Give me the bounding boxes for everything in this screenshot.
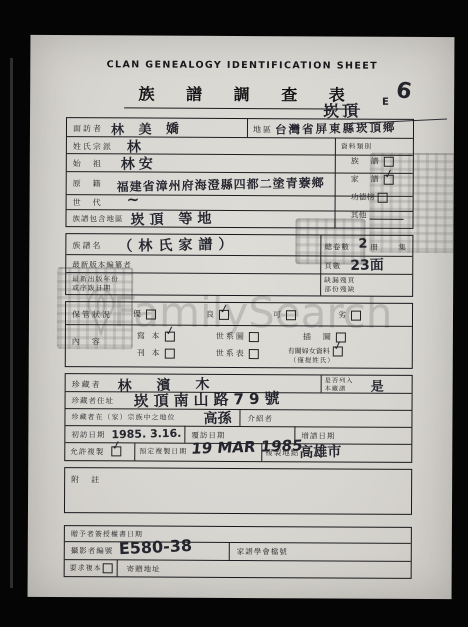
mail-label: 寄贈地址 xyxy=(127,564,161,574)
supplement-label: 增譜日期 xyxy=(301,431,335,441)
listed-label-line2: 本藏譜 xyxy=(325,386,347,393)
option-label: 優 xyxy=(133,308,143,319)
option-label: 刊 本 xyxy=(137,347,162,358)
photographer-label: 攝影者編號 xyxy=(71,546,114,556)
genealogy-title-label: 族譜名 xyxy=(72,240,102,251)
missing-label-line2: 部份殘缺 xyxy=(324,285,355,293)
checkbox xyxy=(384,156,394,166)
option-label: 有關婦女資料 xyxy=(288,346,330,356)
checkmark: ✓ xyxy=(382,165,395,181)
listed-value: 是 xyxy=(370,376,383,395)
origin-value: 福建省漳州府海澄縣四都二塗青藔鄉 xyxy=(117,174,325,195)
content-note: （僅提姓氏） xyxy=(290,356,335,365)
checkmark: ✓ xyxy=(218,301,231,317)
content-option-women-data: 有關婦女資料 ✓ xyxy=(288,346,343,356)
area-label: 地區 xyxy=(253,124,273,135)
origin-label: 原 籍 xyxy=(73,178,103,189)
copy-place-value: 高雄市 xyxy=(299,441,341,462)
volumes-unit2: 集 xyxy=(398,243,407,253)
option-label: 族 譜 xyxy=(351,156,381,167)
option-label: 可 xyxy=(273,309,283,320)
scanned-photo-frame: FamilySearch CLAN GENEALOGY IDENTIFICATI… xyxy=(0,0,468,627)
volumes-label: 總卷數 xyxy=(324,242,350,252)
genealogy-form-paper: FamilySearch CLAN GENEALOGY IDENTIFICATI… xyxy=(28,35,455,599)
position-value: 高孫 xyxy=(203,408,231,429)
content-label: 內 容 xyxy=(72,336,102,347)
storage-option-good: 良 ✓ xyxy=(206,309,229,320)
publish-label-line2: 或序跋日期 xyxy=(72,284,111,292)
category-option-other: 其他 xyxy=(351,210,404,221)
genealogy-title-value: （林氏家譜） xyxy=(118,233,238,256)
volumes-value: 2 xyxy=(358,237,367,252)
checkbox: ✓ xyxy=(219,309,229,319)
content-option-pedigree-table: 世系表 xyxy=(216,348,259,359)
english-title: CLAN GENEALOGY IDENTIFICATION SHEET xyxy=(30,59,454,72)
survey-table: 面訪者 林 美 嬌 地區 台灣省屏東縣崁頂鄉 姓氏宗派 林 始 祖 林安 原 籍… xyxy=(65,117,414,229)
publish-label-line1: 最新出版年份 xyxy=(72,275,119,283)
first-visit-value: 1985. 3.16. xyxy=(111,427,181,441)
introducer-label: 介紹者 xyxy=(247,414,273,424)
address-label: 珍藏者住址 xyxy=(72,396,115,406)
copy-date-label: 預定複製日期 xyxy=(139,447,187,456)
society-label: 家譜學會檔號 xyxy=(237,547,288,557)
condition-table: 保管狀況 優 良 ✓ 可 劣 內 容 寫 本 ✓ xyxy=(65,301,413,369)
chinese-title: 族 譜 調 查 表 xyxy=(30,81,454,106)
blank-line xyxy=(370,211,404,220)
first-ancestor-label: 始 祖 xyxy=(73,158,103,169)
checkbox xyxy=(164,348,174,358)
checkbox xyxy=(249,349,259,359)
photographer-value: E580-38 xyxy=(118,536,192,558)
category-header: 資料類別 xyxy=(341,143,372,152)
listed-label: 是否列入 本藏譜 xyxy=(325,377,354,393)
publish-label: 最新出版年份 或序跋日期 xyxy=(72,275,119,293)
coverage-label: 族譜包含地區 xyxy=(72,214,123,224)
notes-table: 附 註 xyxy=(64,467,412,515)
checkmark: ✓ xyxy=(163,322,176,338)
checkbox: ✓ xyxy=(111,446,121,456)
copy-request-checkbox-group xyxy=(103,563,113,573)
interviewer-label: 面訪者 xyxy=(73,123,103,134)
storage-option-excellent: 優 xyxy=(133,308,156,319)
option-label: 劣 xyxy=(338,310,348,321)
checkbox xyxy=(286,310,296,320)
editor-label: 最新版本編纂者 xyxy=(72,260,132,270)
option-label: 家 譜 xyxy=(351,174,381,185)
checkbox xyxy=(103,563,113,573)
content-option-pedigree-chart: 世系圖 xyxy=(216,331,259,342)
volumes-unit1: 冊 xyxy=(370,243,379,253)
category-option-zupu: 族 譜 xyxy=(351,156,394,167)
option-label: 世系表 xyxy=(216,348,246,359)
option-label: 功德榜 xyxy=(351,192,375,203)
coverage-value: 崁頂 等地 xyxy=(130,208,216,230)
option-label: 良 xyxy=(206,309,216,320)
option-label: 寫 本 xyxy=(137,330,162,341)
generations-label: 世 代 xyxy=(73,197,103,208)
holder-label: 珍藏者 xyxy=(72,379,102,390)
missing-label-line1: 缺漏殘頁 xyxy=(324,276,355,284)
copy-place-label: 複製地點 xyxy=(265,448,299,458)
category-option-jiapu: 家 譜 ✓ xyxy=(351,174,394,185)
content-option-manuscript: 寫 本 ✓ xyxy=(137,330,175,341)
holder-table: 珍藏者 林 濱 木 是否列入 本藏譜 是 珍藏者住址 崁頂南山路79號 珍藏者在… xyxy=(64,373,412,463)
listed-label-line1: 是否列入 xyxy=(325,377,354,384)
checkbox: ✓ xyxy=(333,346,343,356)
pages-value: 23面 xyxy=(350,254,384,275)
footer-table: 贈予者簽授權書日期 攝影者編號 E580-38 家譜學會檔號 要求複本 寄贈地址 xyxy=(64,525,412,579)
lineage-label: 姓氏宗派 xyxy=(73,141,113,152)
checkbox xyxy=(249,332,259,342)
permission-checkbox-group: ✓ xyxy=(111,446,121,456)
genealogy-table: 族譜名 （林氏家譜） 總卷數 2 冊 集 最新版本編纂者 頁數 23面 最新出版… xyxy=(65,233,413,297)
first-ancestor-value: 林安 xyxy=(121,153,157,174)
missing-label: 缺漏殘頁 部份殘缺 xyxy=(324,276,355,294)
checkbox xyxy=(146,309,156,319)
option-label: 插 圖 xyxy=(303,331,333,342)
handwritten-mark-annotation: E xyxy=(382,97,389,108)
storage-option-poor: 劣 xyxy=(338,310,361,321)
book-page-edge xyxy=(10,58,13,588)
checkbox xyxy=(378,192,388,202)
area-value: 台灣省屏東縣崁頂鄉 xyxy=(275,119,397,138)
content-option-printed: 刊 本 xyxy=(137,347,175,358)
category-option-gongdebang: 功德榜 xyxy=(351,192,388,203)
checkbox: ✓ xyxy=(384,174,394,184)
generations-value: ~ xyxy=(126,190,139,208)
option-label: 其他 xyxy=(351,210,367,221)
checkbox xyxy=(351,310,361,320)
checkbox: ✓ xyxy=(164,331,174,341)
copy-request-label: 要求複本 xyxy=(70,564,102,573)
option-label: 世系圖 xyxy=(216,331,246,342)
storage-option-fair: 可 xyxy=(273,309,296,320)
storage-label: 保管狀況 xyxy=(72,309,112,320)
pages-label: 頁數 xyxy=(324,261,341,271)
interviewer-value: 林 美 嬌 xyxy=(111,118,184,139)
first-visit-label: 初訪日期 xyxy=(71,430,105,440)
position-label: 珍藏者在（家）宗族中之地位 xyxy=(71,413,175,423)
notes-label: 附 註 xyxy=(71,474,101,485)
permission-label: 允許複製 xyxy=(70,447,104,457)
